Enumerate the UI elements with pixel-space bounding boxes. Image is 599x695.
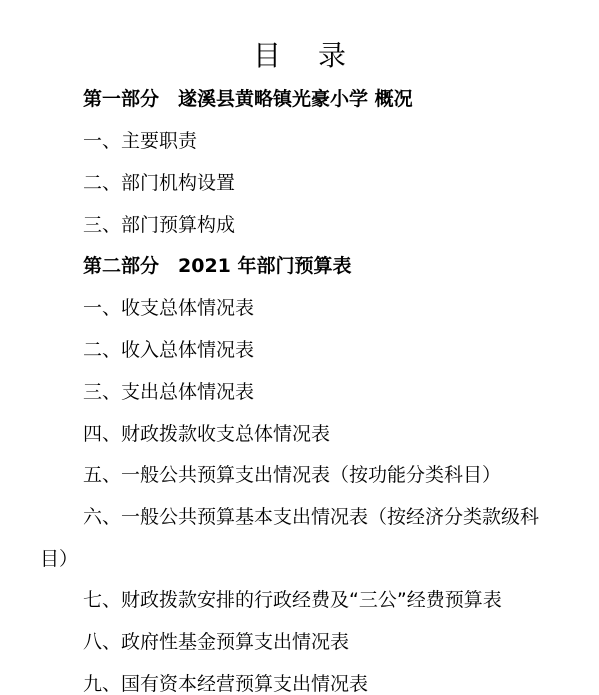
toc-entry: 九、国有资本经营预算支出情况表 — [83, 671, 368, 695]
toc-entry: 三、支出总体情况表 — [83, 379, 254, 405]
toc-title: 目 录 — [0, 38, 599, 74]
toc-entry: 一、主要职责 — [83, 128, 197, 154]
toc-entry: 八、政府性基金预算支出情况表 — [83, 629, 349, 655]
toc-entry: 一、收支总体情况表 — [83, 295, 254, 321]
toc-entry: 五、一般公共预算支出情况表（按功能分类科目） — [83, 462, 501, 488]
toc-entry: 四、财政拨款收支总体情况表 — [83, 421, 330, 447]
toc-part-1-heading: 第一部分 遂溪县黄略镇光豪小学 概况 — [83, 86, 413, 112]
toc-entry: 二、收入总体情况表 — [83, 337, 254, 363]
toc-entry: 六、一般公共预算基本支出情况表（按经济分类款级科 — [83, 504, 539, 530]
toc-entry-continuation: 目） — [40, 546, 78, 572]
toc-entry: 二、部门机构设置 — [83, 170, 235, 196]
toc-part-2-heading: 第二部分 2021 年部门预算表 — [83, 253, 352, 279]
toc-entry: 三、部门预算构成 — [83, 212, 235, 238]
toc-entry: 七、财政拨款安排的行政经费及“三公”经费预算表 — [83, 587, 502, 613]
